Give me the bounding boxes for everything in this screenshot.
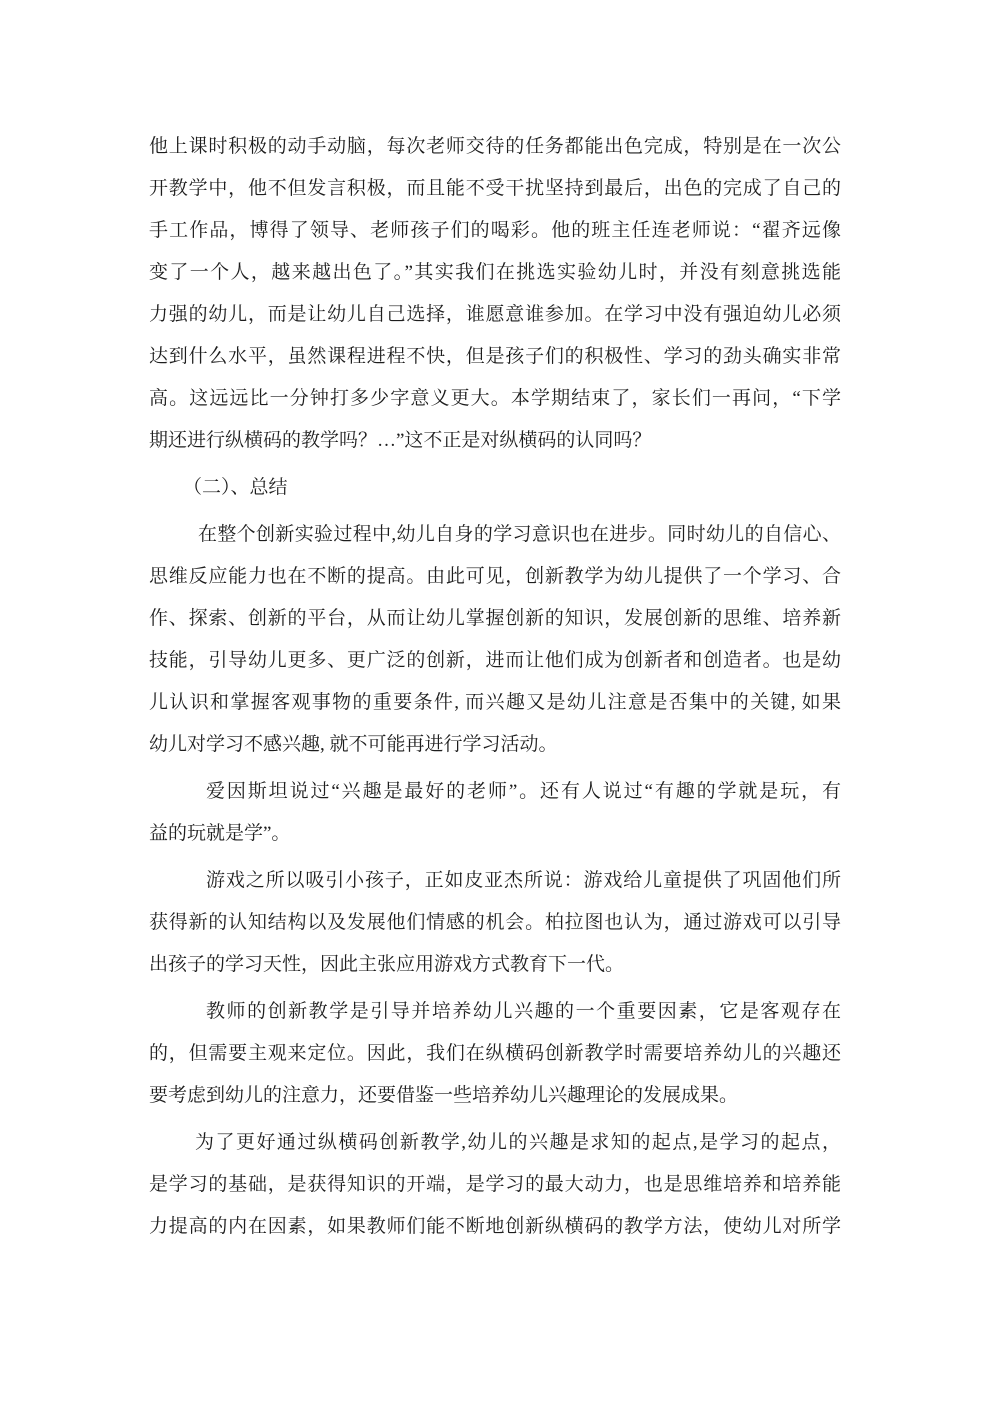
text-line: 力提高的内在因素，如果教师们能不断地创新纵横码的教学方法，使幼儿对所学 — [149, 1206, 841, 1248]
paragraph-summary: 在整个创新实验过程中,幼儿自身的学习意识也在进步。同时幼儿的自信心、思维反应能力… — [149, 514, 841, 766]
text-line: 他上课时积极的动手动脑，每次老师交待的任务都能出色完成，特别是在一次公 — [149, 126, 841, 168]
text-line: 达到什么水平，虽然课程进程不快，但是孩子们的积极性、学习的劲头确实非常 — [149, 336, 841, 378]
text-line: 爱因斯坦说过“兴趣是最好的老师”。还有人说过“有趣的学就是玩，有 — [149, 771, 841, 813]
text-line: 期还进行纵横码的教学吗？…”这不正是对纵横码的认同吗？ — [149, 420, 841, 462]
text-block: 他上课时积极的动手动脑，每次老师交待的任务都能出色完成，特别是在一次公开教学中，… — [149, 126, 841, 1248]
text-line: 益的玩就是学”。 — [149, 813, 841, 855]
text-line: 开教学中，他不但发言积极，而且能不受干扰坚持到最后，出色的完成了自己的 — [149, 168, 841, 210]
text-line: 高。这远远比一分钟打多少字意义更大。本学期结束了，家长们一再问，“下学 — [149, 378, 841, 420]
document-page: 他上课时积极的动手动脑，每次老师交待的任务都能出色完成，特别是在一次公开教学中，… — [0, 0, 992, 1403]
text-line: 力强的幼儿，而是让幼儿自己选择，谁愿意谁参加。在学习中没有强迫幼儿必须 — [149, 294, 841, 336]
text-line: 获得新的认知结构以及发展他们情感的机会。柏拉图也认为，通过游戏可以引导 — [149, 902, 841, 944]
text-line: （二）、总结 — [149, 467, 841, 509]
text-line: 手工作品，博得了领导、老师孩子们的喝彩。他的班主任连老师说：“翟齐远像 — [149, 210, 841, 252]
text-line: 在整个创新实验过程中,幼儿自身的学习意识也在进步。同时幼儿的自信心、 — [149, 514, 841, 556]
paragraph-games: 游戏之所以吸引小孩子，正如皮亚杰所说：游戏给儿童提供了巩固他们所获得新的认知结构… — [149, 860, 841, 986]
text-line: 要考虑到幼儿的注意力，还要借鉴一些培养幼儿兴趣理论的发展成果。 — [149, 1075, 841, 1117]
text-line: 的，但需要主观来定位。因此，我们在纵横码创新教学时需要培养幼儿的兴趣还 — [149, 1033, 841, 1075]
text-line: 教师的创新教学是引导并培养幼儿兴趣的一个重要因素，它是客观存在 — [149, 991, 841, 1033]
paragraph-interest: 为了更好通过纵横码创新教学,幼儿的兴趣是求知的起点,是学习的起点，是学习的基础，… — [149, 1122, 841, 1248]
text-line: 思维反应能力也在不断的提高。由此可见，创新教学为幼儿提供了一个学习、合 — [149, 556, 841, 598]
text-line: 游戏之所以吸引小孩子，正如皮亚杰所说：游戏给儿童提供了巩固他们所 — [149, 860, 841, 902]
text-line: 变了一个人，越来越出色了。”其实我们在挑选实验幼儿时，并没有刻意挑选能 — [149, 252, 841, 294]
text-line: 幼儿对学习不感兴趣, 就不可能再进行学习活动。 — [149, 724, 841, 766]
text-line: 作、探索、创新的平台，从而让幼儿掌握创新的知识，发展创新的思维、培养新 — [149, 598, 841, 640]
text-line: 是学习的基础，是获得知识的开端，是学习的最大动力，也是思维培养和培养能 — [149, 1164, 841, 1206]
text-line: 儿认识和掌握客观事物的重要条件, 而兴趣又是幼儿注意是否集中的关键, 如果 — [149, 682, 841, 724]
text-line: 为了更好通过纵横码创新教学,幼儿的兴趣是求知的起点,是学习的起点， — [149, 1122, 841, 1164]
paragraph-einstein: 爱因斯坦说过“兴趣是最好的老师”。还有人说过“有趣的学就是玩，有益的玩就是学”。 — [149, 771, 841, 855]
paragraph-teacher: 教师的创新教学是引导并培养幼儿兴趣的一个重要因素，它是客观存在的，但需要主观来定… — [149, 991, 841, 1117]
paragraph-continued: 他上课时积极的动手动脑，每次老师交待的任务都能出色完成，特别是在一次公开教学中，… — [149, 126, 841, 462]
text-line: 技能，引导幼儿更多、更广泛的创新，进而让他们成为创新者和创造者。也是幼 — [149, 640, 841, 682]
section-heading: （二）、总结 — [149, 467, 841, 509]
text-line: 出孩子的学习天性，因此主张应用游戏方式教育下一代。 — [149, 944, 841, 986]
